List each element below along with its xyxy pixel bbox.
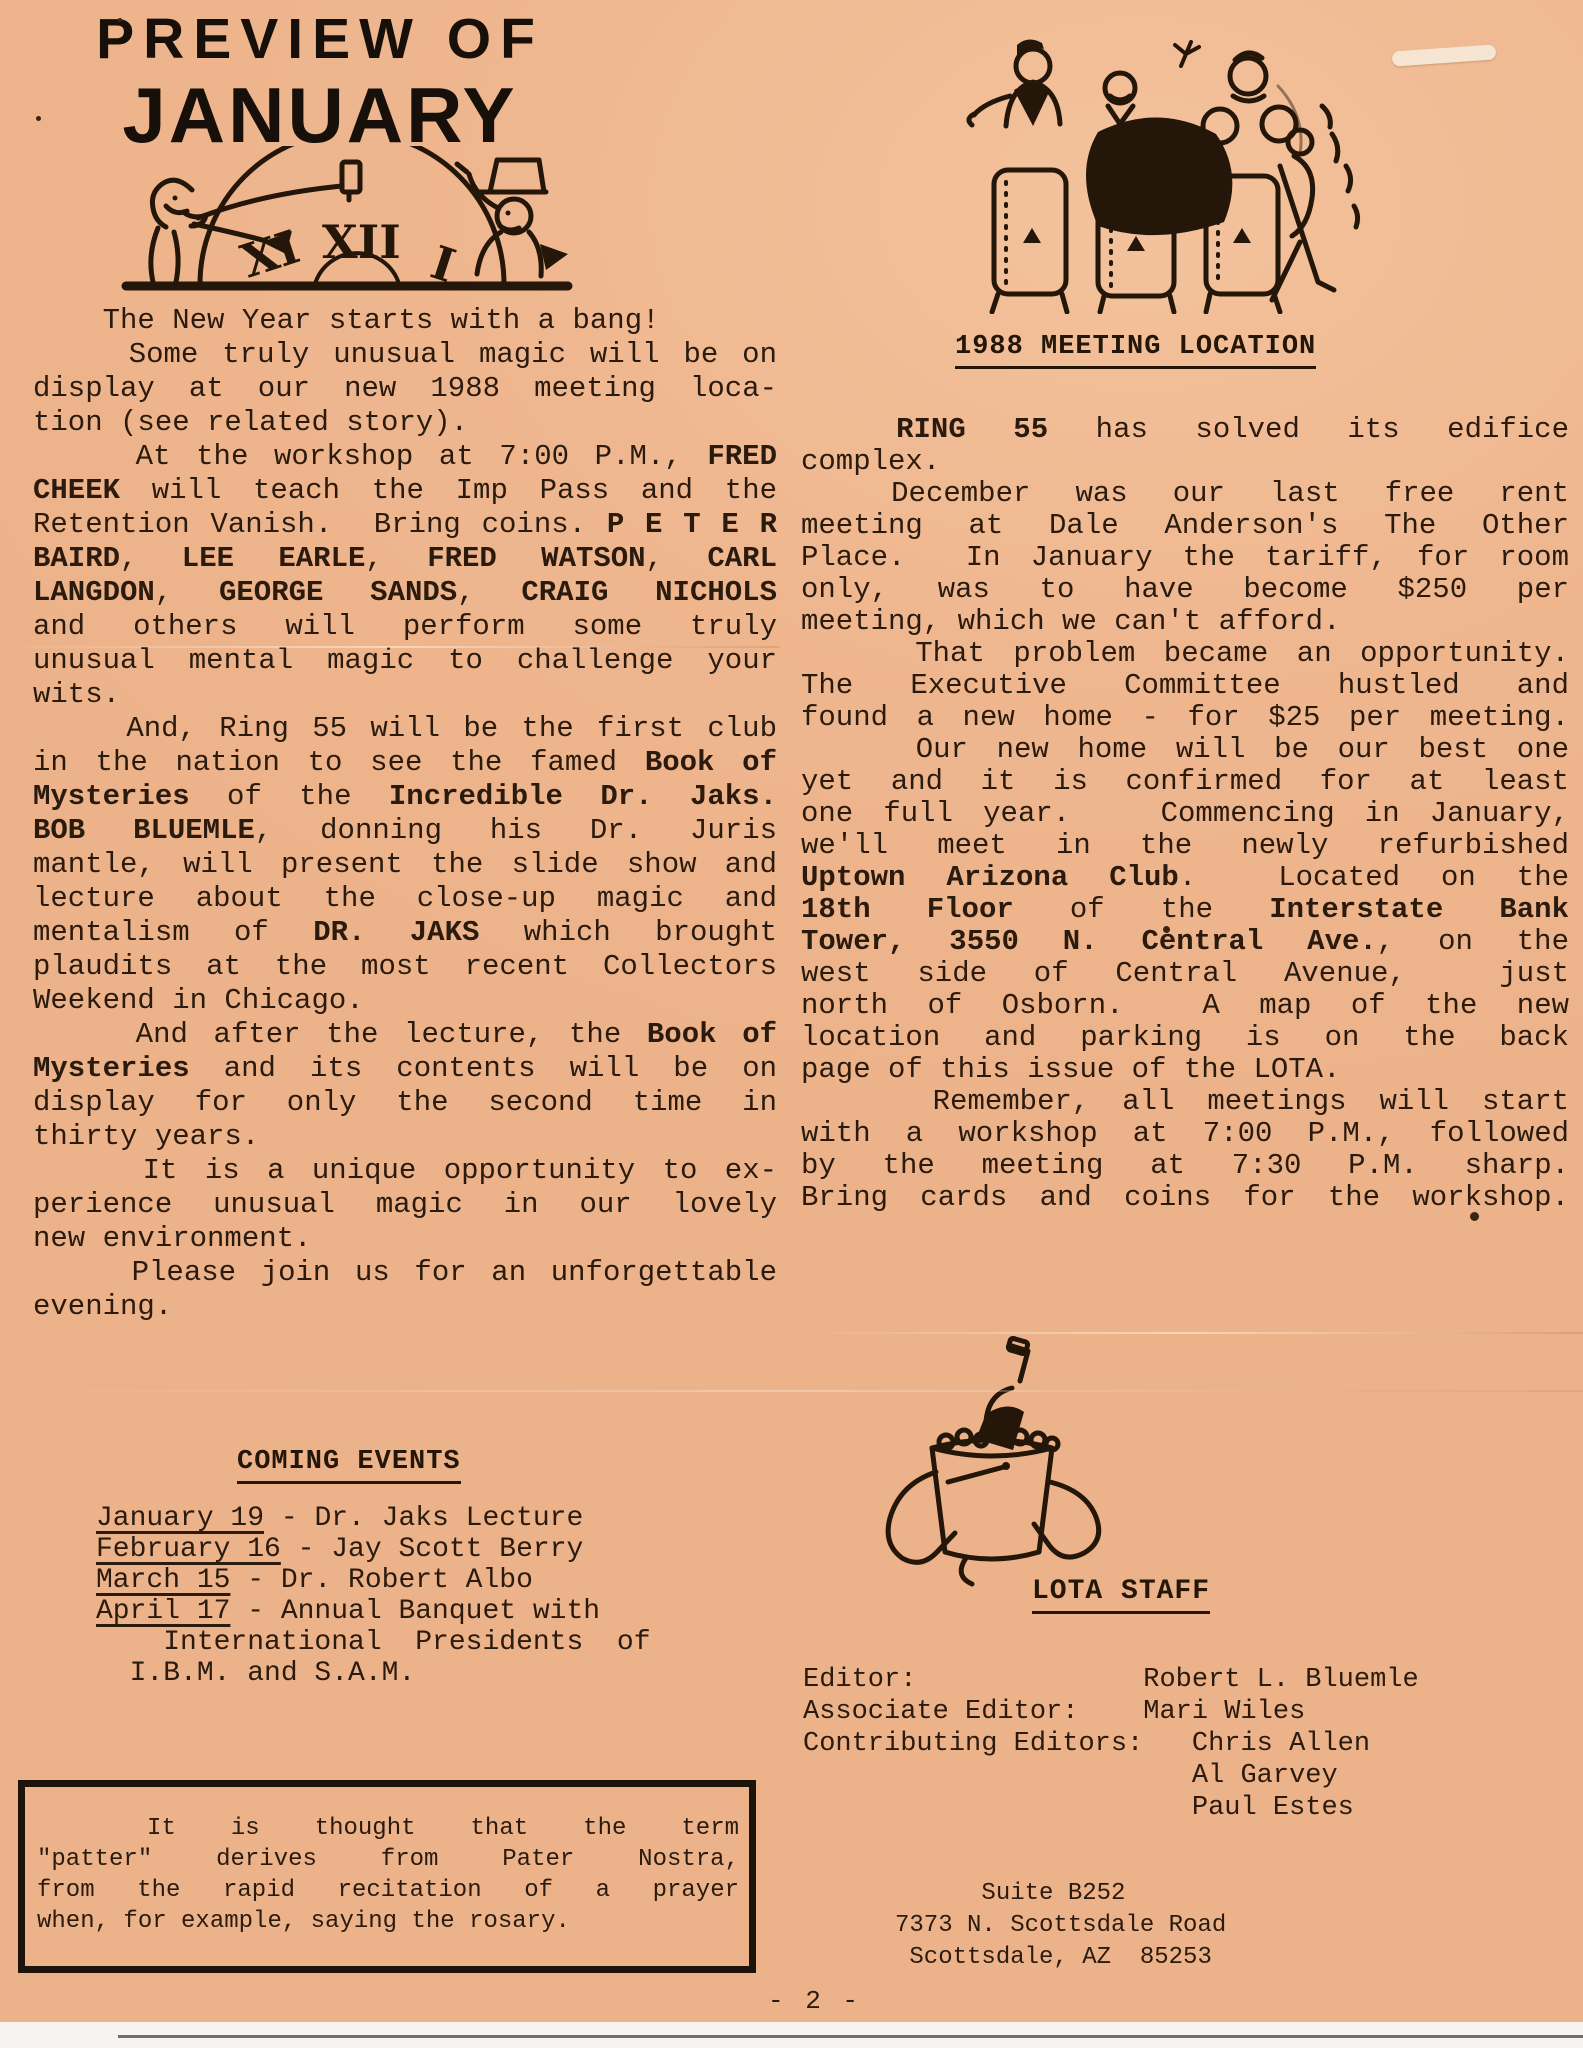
patter-note-text: It is thought that the term"patter" deri…	[37, 1813, 739, 1937]
meeting-article-body: RING 55 has solved its edificecomplex. D…	[801, 414, 1569, 1214]
paper-speck	[1470, 1212, 1479, 1221]
page-number: - 2 -	[768, 1986, 861, 2016]
paper-tear-mark	[1392, 44, 1497, 66]
svg-text:XI: XI	[235, 219, 306, 288]
preview-title-line1: PREVIEW OF	[40, 6, 600, 72]
svg-text:XII: XII	[322, 215, 401, 269]
lota-staff-list: Editor: Robert L. BluemleAssociate Edito…	[803, 1664, 1419, 1824]
scan-bottom-edge	[0, 2022, 1583, 2048]
paper-speck	[118, 18, 122, 22]
lota-staff-heading: LOTA STAFF	[1032, 1576, 1210, 1614]
coming-events-list: January 19 - Dr. Jaks LectureFebruary 16…	[96, 1503, 651, 1689]
paper-crease	[0, 646, 780, 648]
magicians-around-table-illustration	[948, 14, 1378, 314]
newsletter-page: PREVIEW OF JANUARY XI XII I	[0, 0, 1583, 2048]
patter-note-box: It is thought that the term"patter" deri…	[18, 1780, 756, 1973]
coming-events-heading: COMING EVENTS	[237, 1447, 461, 1484]
paper-crease	[0, 1390, 1583, 1392]
new-year-clock-illustration: XI XII I	[112, 146, 582, 296]
next-page-edge-line	[118, 2035, 1583, 2038]
meeting-location-heading-text: 1988 MEETING LOCATION	[955, 332, 1316, 369]
paper-crease	[790, 1332, 1583, 1334]
coming-events-heading-text: COMING EVENTS	[237, 1447, 461, 1484]
lota-staff-heading-text: LOTA STAFF	[1032, 1576, 1210, 1614]
preview-article-body: The New Year starts with a bang! Some tr…	[33, 304, 777, 1324]
champagne-bucket-illustration	[868, 1330, 1128, 1600]
meeting-location-heading: 1988 MEETING LOCATION	[955, 332, 1316, 369]
mailing-address: Suite B2527373 N. Scottsdale Road Scotts…	[895, 1878, 1226, 1974]
paper-speck	[1163, 926, 1170, 933]
paper-speck	[36, 116, 41, 121]
